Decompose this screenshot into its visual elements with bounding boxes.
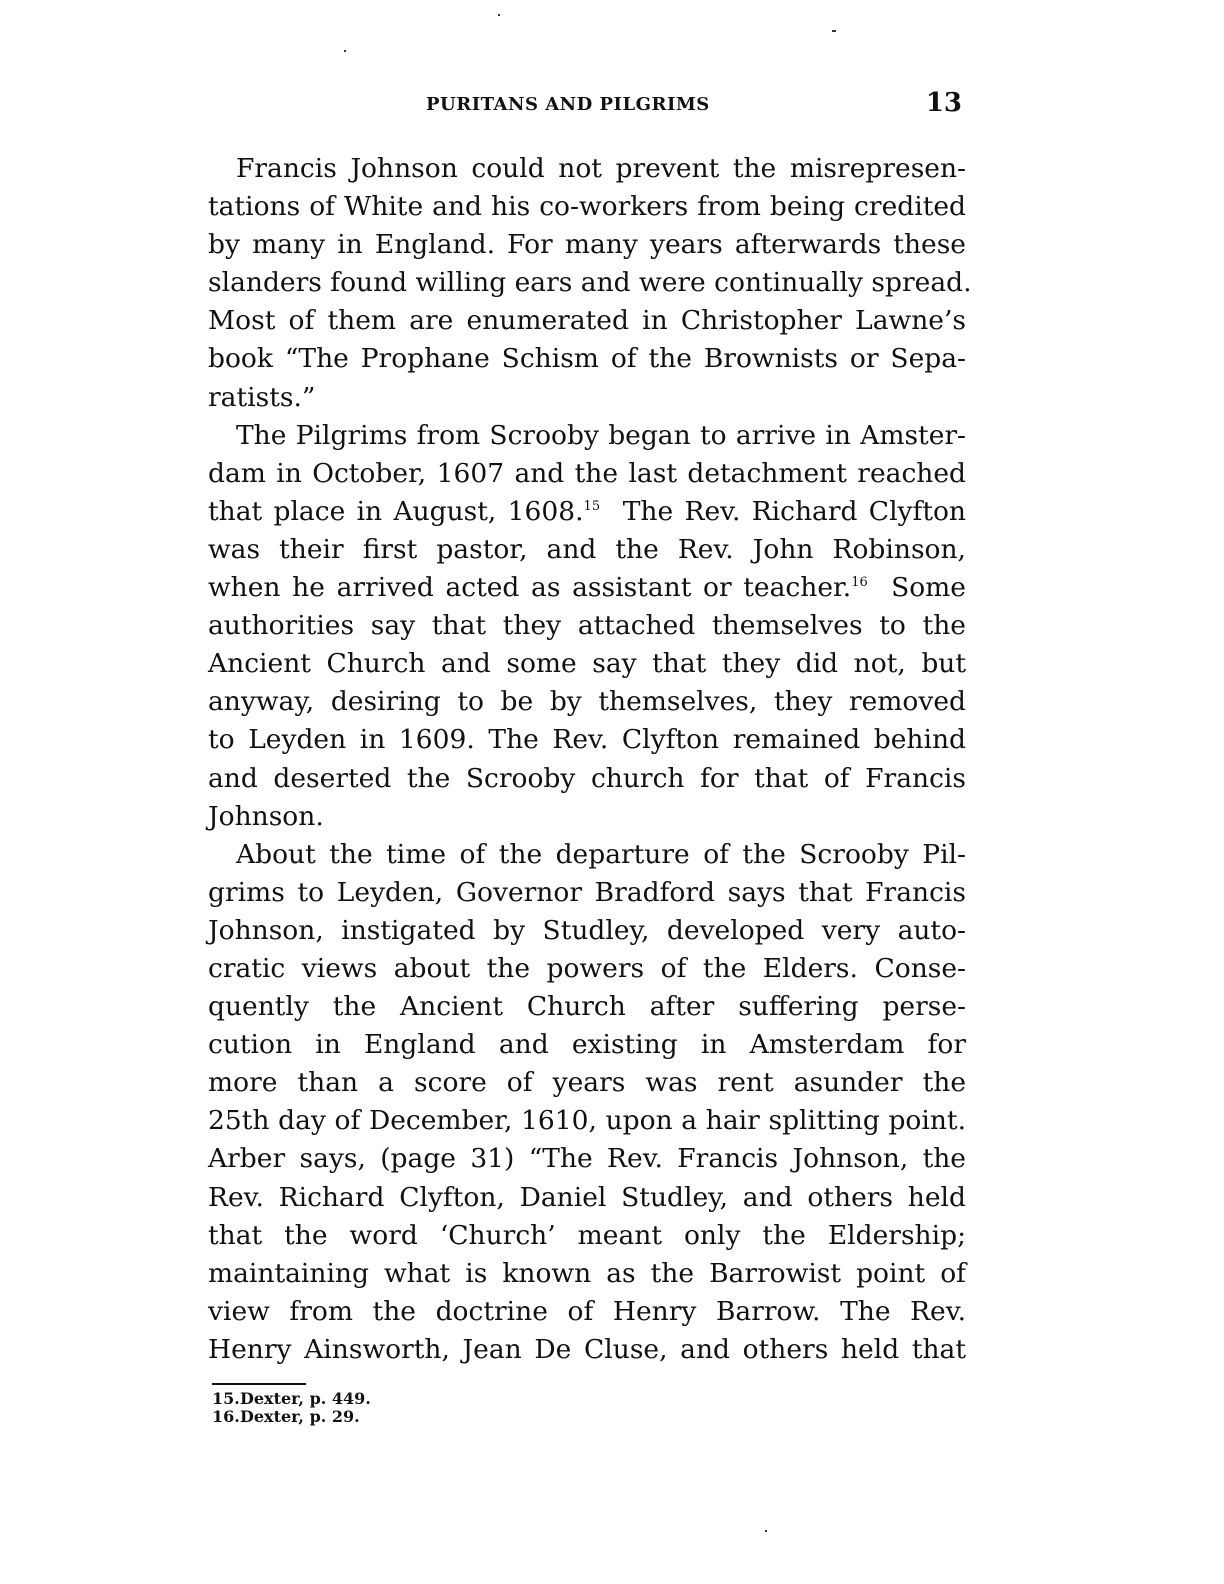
text-line: 25th day of December, 1610, upon a hair … [208,1102,966,1140]
running-title: PURITANS AND PILGRIMS [426,94,710,115]
text-line: Rev. Richard Clyfton, Daniel Studley, an… [208,1179,966,1217]
text-line: grims to Leyden, Governor Bradford says … [208,874,966,912]
text-segment: Some [868,572,966,603]
paragraph-2: The Pilgrims from Scrooby began to arriv… [208,417,966,836]
text-line: cratic views about the powers of the Eld… [208,950,966,988]
text-line: tations of White and his co-workers from… [208,188,966,226]
footnote-16: 16. Dexter, p. 29. [212,1408,371,1426]
text-line: authorities say that they attached thems… [208,607,966,645]
scan-speck [832,30,836,32]
text-line: more than a score of years was rent asun… [208,1064,966,1102]
text-line: anyway, desiring to be by themselves, th… [208,683,966,721]
page-number: 13 [926,88,962,118]
paragraph-1: Francis Johnson could not prevent the mi… [208,150,966,417]
text-line: slanders found willing ears and were con… [208,264,966,302]
footnote-divider [212,1383,306,1385]
text-line: was their first pastor, and the Rev. Joh… [208,531,966,569]
text-line: cution in England and existing in Amster… [208,1026,966,1064]
footnote-number: 15. [212,1390,240,1408]
body-text: Francis Johnson could not prevent the mi… [208,150,966,1369]
text-line: ratists.” [208,379,966,417]
text-line: maintaining what is known as the Barrowi… [208,1255,966,1293]
text-line: by many in England. For many years after… [208,226,966,264]
paragraph-3: About the time of the departure of the S… [208,836,966,1369]
text-segment: The Rev. Richard Clyfton [600,496,966,527]
text-line: dam in October, 1607 and the last detach… [208,455,966,493]
text-line: Johnson, instigated by Studley, develope… [208,912,966,950]
text-line: Most of them are enumerated in Christoph… [208,302,966,340]
footnote-ref-16: 16 [851,575,868,590]
footnotes: 15. Dexter, p. 449. 16. Dexter, p. 29. [212,1390,371,1426]
text-line: view from the doctrine of Henry Barrow. … [208,1293,966,1331]
text-line: Ancient Church and some say that they di… [208,645,966,683]
text-line: quently the Ancient Church after sufferi… [208,988,966,1026]
text-line: that the word ‘Church’ meant only the El… [208,1217,966,1255]
text-line-with-footnote: that place in August, 1608.15 The Rev. R… [208,493,966,531]
footnote-text: Dexter, p. 29. [240,1408,360,1426]
scan-speck [344,50,346,52]
footnote-15: 15. Dexter, p. 449. [212,1390,371,1408]
footnote-text: Dexter, p. 449. [240,1390,371,1408]
text-line: and deserted the Scrooby church for that… [208,760,966,798]
text-segment: when he arrived acted as assistant or te… [208,572,851,603]
page-header: PURITANS AND PILGRIMS 13 [236,88,964,124]
text-line: Arber says, (page 31) “The Rev. Francis … [208,1140,966,1178]
text-line: Henry Ainsworth, Jean De Cluse, and othe… [208,1331,966,1369]
text-line: About the time of the departure of the S… [208,836,966,874]
scan-speck [765,1530,767,1532]
text-line-with-footnote: when he arrived acted as assistant or te… [208,569,966,607]
footnote-ref-15: 15 [584,499,601,514]
text-line: to Leyden in 1609. The Rev. Clyfton rema… [208,721,966,759]
text-line: book “The Prophane Schism of the Brownis… [208,340,966,378]
text-segment: that place in August, 1608. [208,496,584,527]
footnote-number: 16. [212,1408,240,1426]
text-line: The Pilgrims from Scrooby began to arriv… [208,417,966,455]
text-line: Francis Johnson could not prevent the mi… [208,150,966,188]
scan-speck [498,14,500,16]
text-line: Johnson. [208,798,966,836]
